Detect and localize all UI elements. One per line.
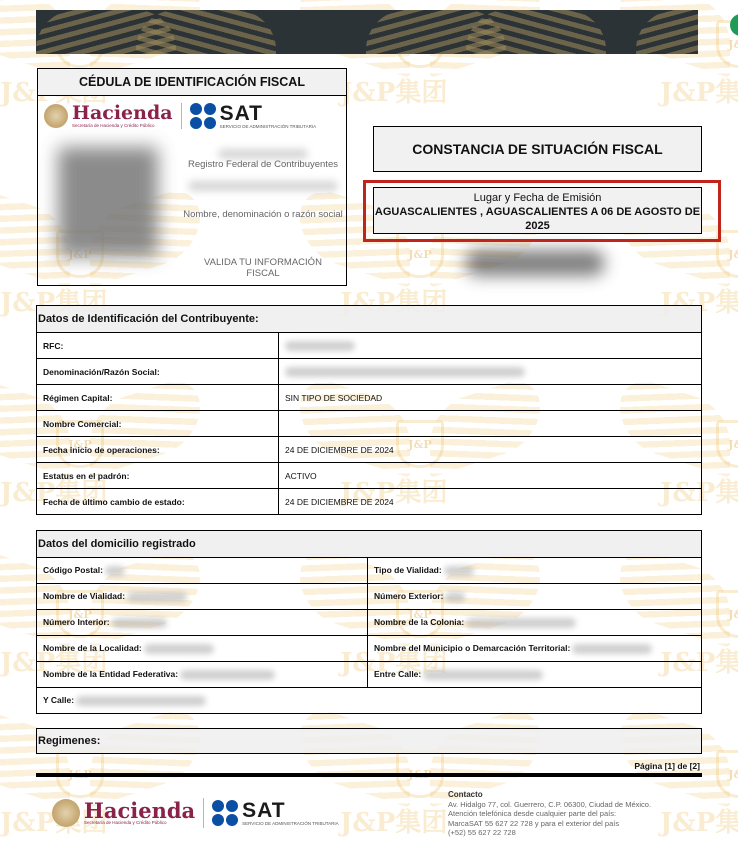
contact-address: Av. Hidalgo 77, col. Guerrero, C.P. 0630… (448, 800, 651, 810)
sat-logo: SAT (220, 104, 317, 124)
address-field: Nombre de Vialidad: (37, 584, 368, 610)
field-label: Tipo de Vialidad: (374, 565, 442, 575)
redacted-rfc (218, 149, 308, 159)
identificacion-header: Datos de Identificación del Contribuyent… (37, 306, 702, 333)
redacted-value (466, 618, 576, 628)
address-field: Código Postal: (37, 558, 368, 584)
domicilio-table: Datos del domicilio registrado Código Po… (36, 530, 702, 714)
table-row: Nombre de la Entidad Federativa:Entre Ca… (37, 662, 702, 688)
field-value: 24 DE DICIEMBRE DE 2024 (279, 489, 702, 515)
redacted-value (444, 566, 474, 576)
field-label: Nombre de la Localidad: (43, 643, 142, 653)
address-field: Y Calle: (37, 688, 702, 714)
contact-phone: MarcaSAT 55 627 22 728 y para el exterio… (448, 819, 651, 829)
contact-block: Contacto Av. Hidalgo 77, col. Guerrero, … (448, 790, 651, 838)
eagle-pattern (636, 10, 698, 54)
top-banner (36, 10, 698, 54)
field-label: Fecha inicio de operaciones: (37, 437, 279, 463)
footer-rule (36, 773, 702, 777)
redacted-value (423, 670, 543, 680)
status-dot-icon (730, 14, 738, 36)
field-value (279, 333, 702, 359)
contact-phone-intl: (+52) 55 627 22 728 (448, 828, 651, 838)
field-value (279, 359, 702, 385)
lugar-fecha-box: Lugar y Fecha de Emisión AGUASCALIENTES … (373, 187, 702, 234)
table-row: Régimen Capital:SIN TIPO DE SOCIEDAD (37, 385, 702, 411)
hacienda-subtitle: Secretaría de Hacienda y Crédito Público (72, 123, 173, 128)
redacted-value (572, 644, 652, 654)
field-label: Fecha de último cambio de estado: (37, 489, 279, 515)
field-label: Número Interior: (43, 617, 110, 627)
address-field: Entre Calle: (368, 662, 702, 688)
field-label: Código Postal: (43, 565, 103, 575)
table-row: Nombre de Vialidad:Número Exterior: (37, 584, 702, 610)
table-row: Estatus en el padrón:ACTIVO (37, 463, 702, 489)
address-field: Número Exterior: (368, 584, 702, 610)
cedula-card: CÉDULA DE IDENTIFICACIÓN FISCAL Hacienda… (37, 68, 347, 286)
regimenes-header: Regimenes: (36, 728, 702, 754)
lugar-label: Lugar y Fecha de Emisión (474, 192, 602, 204)
table-row: Código Postal:Tipo de Vialidad: (37, 558, 702, 584)
table-row: Fecha de último cambio de estado:24 DE D… (37, 489, 702, 515)
field-label: Nombre de la Colonia: (374, 617, 464, 627)
sat-dots-icon (212, 800, 238, 826)
footer-logos: Hacienda Secretaría de Hacienda y Crédit… (52, 798, 339, 828)
field-label: Y Calle: (43, 695, 74, 705)
redacted-value (127, 592, 187, 602)
domicilio-header: Datos del domicilio registrado (37, 531, 702, 558)
lugar-value: AGUASCALIENTES , AGUASCALIENTES A 06 DE … (374, 205, 701, 233)
valida-link[interactable]: VALIDA TU INFORMACIÓN FISCAL (193, 257, 333, 279)
table-row: Número Interior:Nombre de la Colonia: (37, 610, 702, 636)
page-indicator: Página [1] de [2] (634, 761, 700, 771)
address-field: Nombre de la Localidad: (37, 636, 368, 662)
field-label: Estatus en el padrón: (37, 463, 279, 489)
redacted-value (112, 618, 167, 628)
sat-subtitle: SERVICIO DE ADMINISTRACIÓN TRIBUTARIA (242, 821, 339, 826)
eagle-pattern (136, 10, 276, 54)
hacienda-subtitle: Secretaría de Hacienda y Crédito Público (84, 820, 195, 825)
address-field: Nombre del Municipio o Demarcación Terri… (368, 636, 702, 662)
constancia-title: CONSTANCIA DE SITUACIÓN FISCAL (373, 126, 702, 172)
mexico-seal-icon (44, 104, 68, 128)
table-row: RFC: (37, 333, 702, 359)
field-label: Nombre Comercial: (37, 411, 279, 437)
cedula-title: CÉDULA DE IDENTIFICACIÓN FISCAL (38, 69, 346, 96)
address-field: Nombre de la Colonia: (368, 610, 702, 636)
sat-logo: SAT (242, 801, 339, 821)
field-label: Entre Calle: (374, 669, 421, 679)
table-row: Nombre de la Localidad:Nombre del Munici… (37, 636, 702, 662)
field-label: Nombre de Vialidad: (43, 591, 125, 601)
field-value (279, 411, 702, 437)
qr-code-redacted (58, 147, 158, 257)
field-label: Nombre de la Entidad Federativa: (43, 669, 178, 679)
field-label: Nombre del Municipio o Demarcación Terri… (374, 643, 570, 653)
sat-subtitle: SERVICIO DE ADMINISTRACIÓN TRIBUTARIA (220, 124, 317, 129)
logo-divider (181, 103, 182, 129)
address-field: Número Interior: (37, 610, 368, 636)
mexico-seal-icon (52, 799, 80, 827)
redacted-value (445, 592, 465, 602)
redacted-value (105, 566, 125, 576)
field-label: RFC: (37, 333, 279, 359)
eagle-pattern (466, 10, 606, 54)
hacienda-logo: Hacienda (84, 801, 195, 820)
redacted-name (188, 181, 338, 191)
logo-divider (203, 798, 204, 828)
redacted-value (285, 367, 525, 377)
table-row: Y Calle: (37, 688, 702, 714)
redacted-value (285, 341, 355, 351)
barcode-redacted (465, 250, 605, 276)
address-field: Nombre de la Entidad Federativa: (37, 662, 368, 688)
field-value: ACTIVO (279, 463, 702, 489)
logos: Hacienda Secretaría de Hacienda y Crédit… (44, 103, 316, 129)
name-label: Nombre, denominación o razón social (183, 209, 343, 220)
field-label: Denominación/Razón Social: (37, 359, 279, 385)
field-value: SIN TIPO DE SOCIEDAD (279, 385, 702, 411)
redacted-value (180, 670, 275, 680)
identificacion-table: Datos de Identificación del Contribuyent… (36, 305, 702, 515)
redacted-value (76, 696, 206, 706)
redacted-value (144, 644, 214, 654)
sat-dots-icon (190, 103, 216, 129)
hacienda-logo: Hacienda (72, 104, 173, 123)
field-value: 24 DE DICIEMBRE DE 2024 (279, 437, 702, 463)
table-row: Fecha inicio de operaciones:24 DE DICIEM… (37, 437, 702, 463)
table-row: Nombre Comercial: (37, 411, 702, 437)
table-row: Denominación/Razón Social: (37, 359, 702, 385)
contact-line: Atención telefónica desde cualquier part… (448, 809, 651, 819)
address-field: Tipo de Vialidad: (368, 558, 702, 584)
field-label: Número Exterior: (374, 591, 443, 601)
rfc-label: Registro Federal de Contribuyentes (183, 159, 343, 170)
contact-title: Contacto (448, 790, 651, 800)
field-label: Régimen Capital: (37, 385, 279, 411)
